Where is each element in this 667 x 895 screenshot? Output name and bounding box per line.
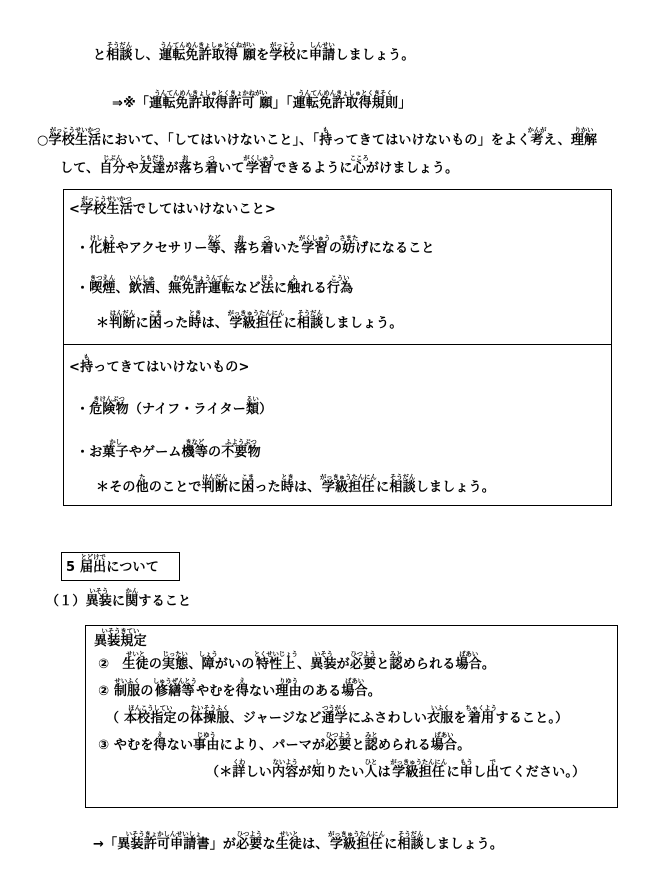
list-item: ・化粧けしょうやアクセサリー等など、落おち着ついた学習がくしゅうの妨さまたげにな… <box>76 235 435 260</box>
note: ＊判断はんだんに困こまった時ときは、学級担任がっきゅうたんにんに相談そうだんしま… <box>96 310 403 335</box>
notice-line-1: ○学校生活がっこうせいかつにおいて、「してはいけないこと」、「持もってきてはいけ… <box>37 127 597 152</box>
note: ＊その他たのことで判断はんだんに困こまった時ときは、学級担任がっきゅうたんにんに… <box>96 474 495 499</box>
list-item: ② 生徒せいとの実態じったい、障しょうがいの特性上とくせいじょう、異装いそうが必… <box>98 651 495 676</box>
intro-line-2: ⇒※「運転免許取得許可 願うんてんめんきょしゅとくきょかねがい」「運転免許取得規… <box>112 90 411 115</box>
footer-note: →「異装許可申請書いそうきょかしんせいしょ」が必要ひつような生徒せいとは、学級担… <box>93 831 503 856</box>
box-prohibited-actions-title: <学校生活がっこうせいかつでしてはいけないこと> <box>69 196 276 221</box>
subsection-1-heading: （１）異装いそうに関かんすること <box>46 588 191 613</box>
list-item-note: （ 本校指定ほんこうしていの体操服たいそうふく、ジャージなど通学つうがくにふさわ… <box>106 705 568 730</box>
box-prohibited-items-title: <持もってきてはいけないもの> <box>69 354 250 379</box>
section-5-heading-box: 5 届出とどけでについて <box>61 552 180 581</box>
section-5-heading: 5 届出とどけでについて <box>66 554 159 579</box>
box-prohibited-actions: <学校生活がっこうせいかつでしてはいけないこと> ・化粧けしょうやアクセサリー等… <box>63 189 612 345</box>
list-item: ② 制服せいふくの修繕等しゅうぜんとうやむを得えない理由りゆうのある場合ばあい。 <box>98 678 381 703</box>
list-item: ・危険物きけんぶつ（ナイフ・ライター類るい） <box>76 396 272 421</box>
document-page: と相談そうだんし、運転免許取得 願うんてんめんきょしゅとくねがいを学校がっこうに… <box>0 0 667 895</box>
box-prohibited-items: <持もってきてはいけないもの> ・危険物きけんぶつ（ナイフ・ライター類るい） ・… <box>63 344 612 506</box>
list-item: ・お菓子かしやゲーム機等きなどの不要物ふようぶつ <box>76 439 261 464</box>
notice-line-2: して、自分じぶんや友達ともだちが落おち着ついて学習がくしゅうできるように心こころ… <box>60 155 458 180</box>
note: （＊詳くわしい内容ないようが知しりたい人ひとは学級担任がっきゅうたんにんに申もう… <box>206 759 585 784</box>
intro-line-1: と相談そうだんし、運転免許取得 願うんてんめんきょしゅとくねがいを学校がっこうに… <box>93 42 415 67</box>
box-isou-rules: 異装規定いそうきてい ② 生徒せいとの実態じったい、障しょうがいの特性上とくせい… <box>85 625 618 808</box>
box-isou-rules-title: 異装規定いそうきてい <box>94 628 147 653</box>
list-item: ③ やむを得えない事由じゆうにより、パーマが必要ひつようと認みとめられる場合ばあ… <box>98 732 470 757</box>
list-item: ・喫煙きつえん、飲酒いんしゅ、無免許運転むめんきょうんてんなど法ほうに触ふれる行… <box>76 275 353 300</box>
